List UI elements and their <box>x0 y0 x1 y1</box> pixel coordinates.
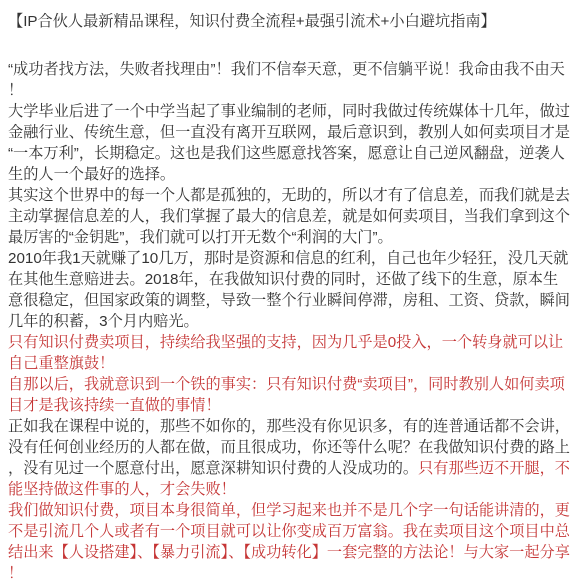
paragraph: 其实这个世界中的每一个人都是孤独的，无助的，所以才有了信息差，而我们就是去主动掌… <box>8 185 572 248</box>
text-run-black: “成功者找方法，失败者找理由”！我们不信奉天意，更不信躺平说！我命由我不由天！ <box>8 61 565 99</box>
paragraph: 2010年我1天就赚了10几万，那时是资源和信息的红利，自己也年少轻狂，没几天就… <box>8 248 572 332</box>
article-body: “成功者找方法，失败者找理由”！我们不信奉天意，更不信躺平说！我命由我不由天！大… <box>8 59 572 580</box>
text-run-red: 自那以后，我就意识到一个铁的事实：只有知识付费“卖项目”，同时教别人如何卖项目才… <box>8 376 565 414</box>
text-run-red: 只有知识付费卖项目，持续给我坚强的支持，因为几乎是0投入，一个转身就可以让自己重… <box>8 334 563 372</box>
paragraph: 大学毕业后进了一个中学当起了事业编制的老师，同时我做过传统媒体十几年，做过金融行… <box>8 101 572 185</box>
article-page: 【IP合伙人最新精品课程，知识付费全流程+最强引流术+小白避坑指南】 “成功者找… <box>0 0 580 580</box>
text-run-black: 2010年我1天就赚了10几万，那时是资源和信息的红利，自己也年少轻狂，没几天就… <box>8 250 570 330</box>
paragraph: 只有知识付费卖项目，持续给我坚强的支持，因为几乎是0投入，一个转身就可以让自己重… <box>8 332 572 374</box>
text-run-black: 大学毕业后进了一个中学当起了事业编制的老师，同时我做过传统媒体十几年，做过金融行… <box>8 103 570 183</box>
paragraph: 正如我在课程中说的，那些不如你的，那些没有你见识多，有的连普通话都不会讲，没有任… <box>8 416 572 500</box>
paragraph: “成功者找方法，失败者找理由”！我们不信奉天意，更不信躺平说！我命由我不由天！ <box>8 59 572 101</box>
article-title: 【IP合伙人最新精品课程，知识付费全流程+最强引流术+小白避坑指南】 <box>8 11 572 32</box>
paragraph: 我们做知识付费，项目本身很简单，但学习起来也并不是几个字一句话能讲清的，更不是引… <box>8 500 572 580</box>
text-run-red: 我们做知识付费，项目本身很简单，但学习起来也并不是几个字一句话能讲清的，更不是引… <box>8 502 570 580</box>
paragraph: 自那以后，我就意识到一个铁的事实：只有知识付费“卖项目”，同时教别人如何卖项目才… <box>8 374 572 416</box>
text-run-black: 其实这个世界中的每一个人都是孤独的，无助的，所以才有了信息差，而我们就是去主动掌… <box>8 187 570 246</box>
